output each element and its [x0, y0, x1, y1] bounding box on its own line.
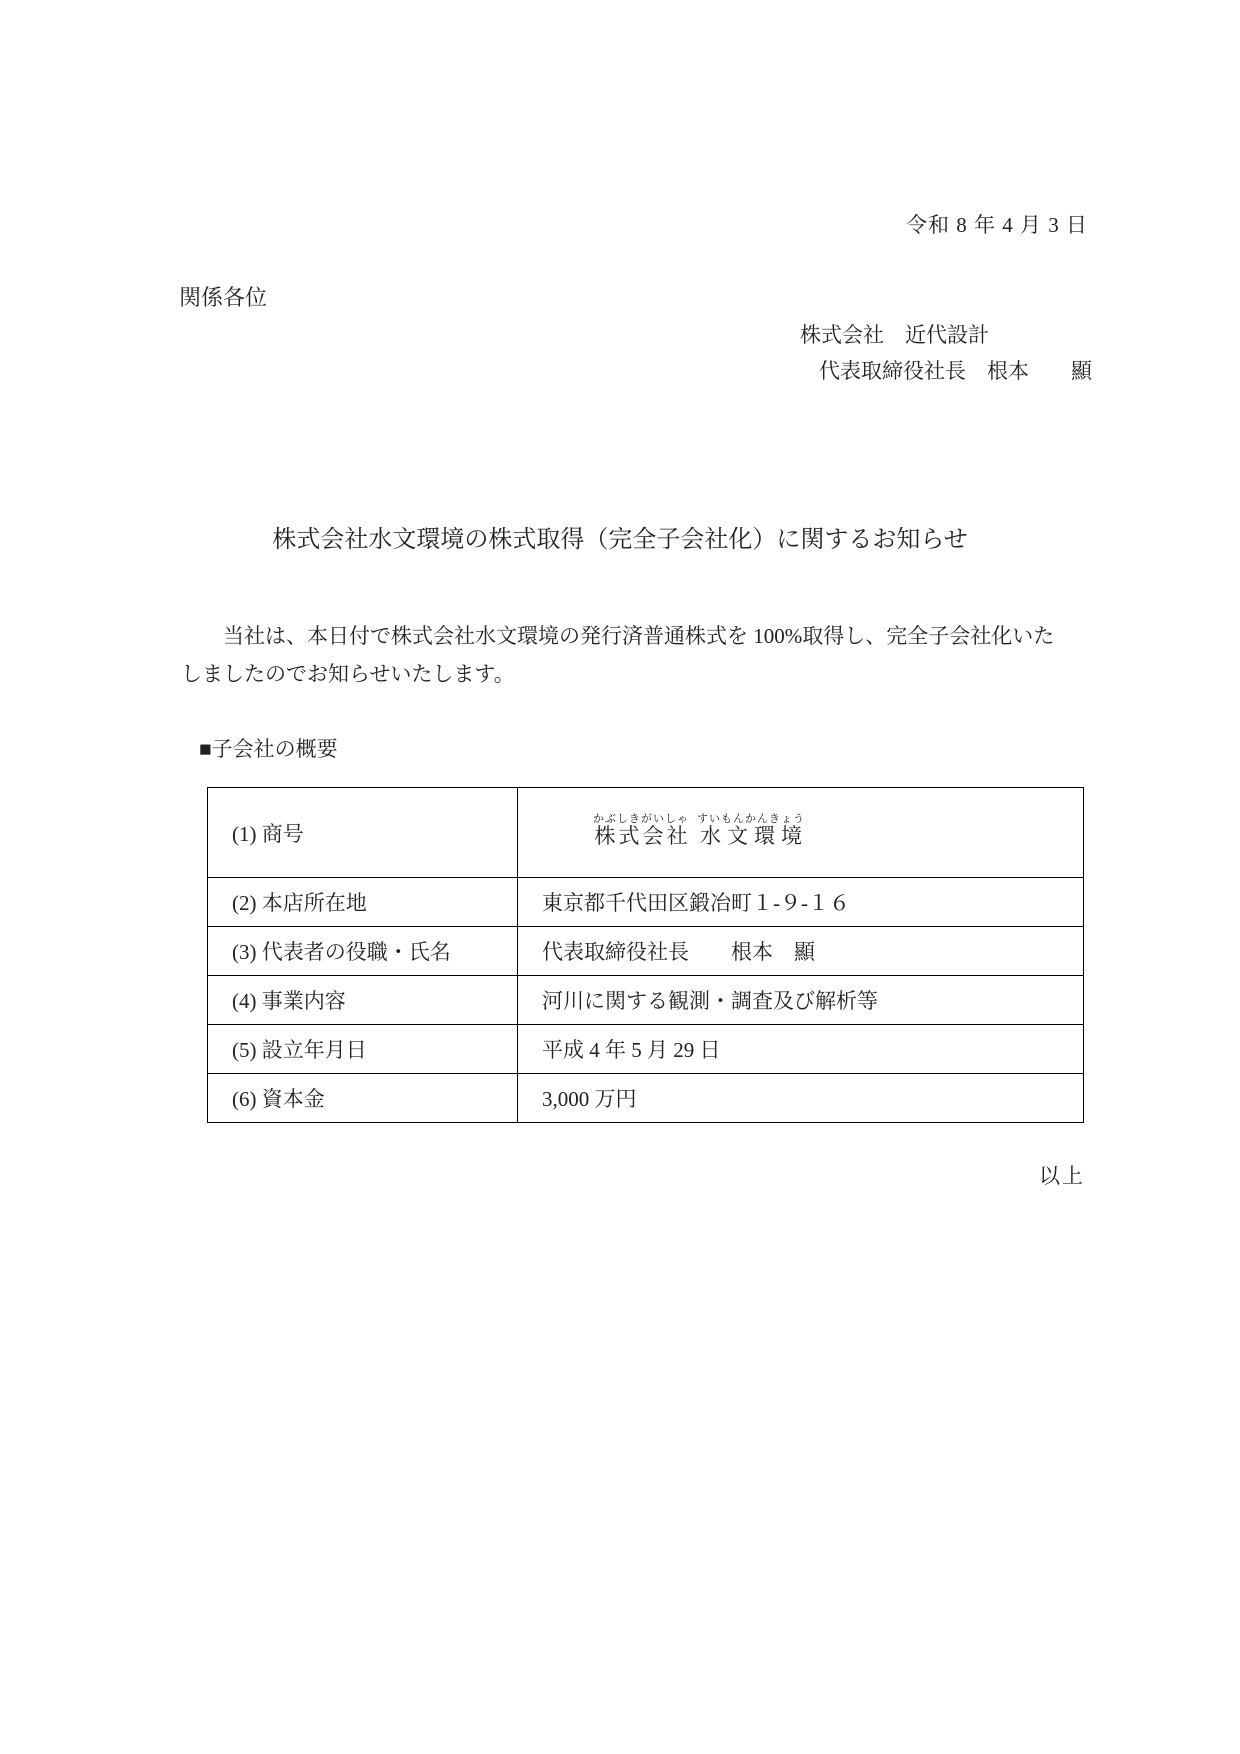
body-paragraph-line-2: しましたのでお知らせいたします。 — [181, 659, 1111, 697]
row-value-business: 河川に関する観測・調査及び解析等 — [518, 976, 1084, 1025]
company-name-furigana-1: かぶしきがいしゃ — [593, 813, 689, 825]
row-label-head-office: (2) 本店所在地 — [208, 878, 518, 927]
company-name-ruby-2: 水文環境すいもんかんきょう — [697, 824, 805, 848]
sender-company-name: 株式会社 近代設計 — [800, 322, 989, 348]
body-paragraph-line-1: 当社は、本日付で株式会社水文環境の発行済普通株式を 100%取得し、完全子会社化… — [181, 621, 1111, 659]
row-value-representative: 代表取締役社長 根本 顯 — [518, 927, 1084, 976]
section-heading-subsidiary-overview: ■子会社の概要 — [199, 736, 338, 762]
recipient-line: 関係各位 — [179, 284, 267, 312]
row-label-established: (5) 設立年月日 — [208, 1025, 518, 1074]
subsidiary-overview-table: (1) 商号 株式会社かぶしきがいしゃ水文環境すいもんかんきょう (2) 本店所… — [207, 787, 1084, 1123]
company-name-furigana-2: すいもんかんきょう — [697, 813, 805, 825]
row-label-capital: (6) 資本金 — [208, 1074, 518, 1123]
table-row-representative: (3) 代表者の役職・氏名 代表取締役社長 根本 顯 — [208, 927, 1084, 976]
table-row-established: (5) 設立年月日 平成 4 年 5 月 29 日 — [208, 1025, 1084, 1074]
document-date: 令和 8 年 4 月 3 日 — [906, 212, 1088, 238]
table-row-head-office: (2) 本店所在地 東京都千代田区鍛冶町１-９-１６ — [208, 878, 1084, 927]
row-label-trade-name: (1) 商号 — [208, 788, 518, 878]
table-row-trade-name: (1) 商号 株式会社かぶしきがいしゃ水文環境すいもんかんきょう — [208, 788, 1084, 878]
row-label-business: (4) 事業内容 — [208, 976, 518, 1025]
company-name-ruby-1: 株式会社かぶしきがいしゃ — [595, 824, 690, 848]
document-page: 令和 8 年 4 月 3 日 関係各位 株式会社 近代設計 代表取締役社長 根本… — [0, 0, 1240, 1754]
row-value-capital: 3,000 万円 — [518, 1074, 1084, 1123]
table-row-capital: (6) 資本金 3,000 万円 — [208, 1074, 1084, 1123]
table-row-business: (4) 事業内容 河川に関する観測・調査及び解析等 — [208, 976, 1084, 1025]
body-paragraph: 当社は、本日付で株式会社水文環境の発行済普通株式を 100%取得し、完全子会社化… — [181, 621, 1111, 697]
row-value-established: 平成 4 年 5 月 29 日 — [518, 1025, 1084, 1074]
company-name-base-1: 株式会社 — [593, 824, 689, 848]
closing-ijou: 以上 — [1039, 1163, 1085, 1189]
sender-representative: 代表取締役社長 根本 顯 — [819, 358, 1092, 384]
row-value-head-office: 東京都千代田区鍛冶町１-９-１６ — [518, 878, 1084, 927]
document-title: 株式会社水文環境の株式取得（完全子会社化）に関するお知らせ — [0, 519, 1240, 554]
company-name-base-2: 水文環境 — [697, 824, 805, 848]
row-label-representative: (3) 代表者の役職・氏名 — [208, 927, 518, 976]
row-value-trade-name: 株式会社かぶしきがいしゃ水文環境すいもんかんきょう — [518, 788, 1084, 878]
